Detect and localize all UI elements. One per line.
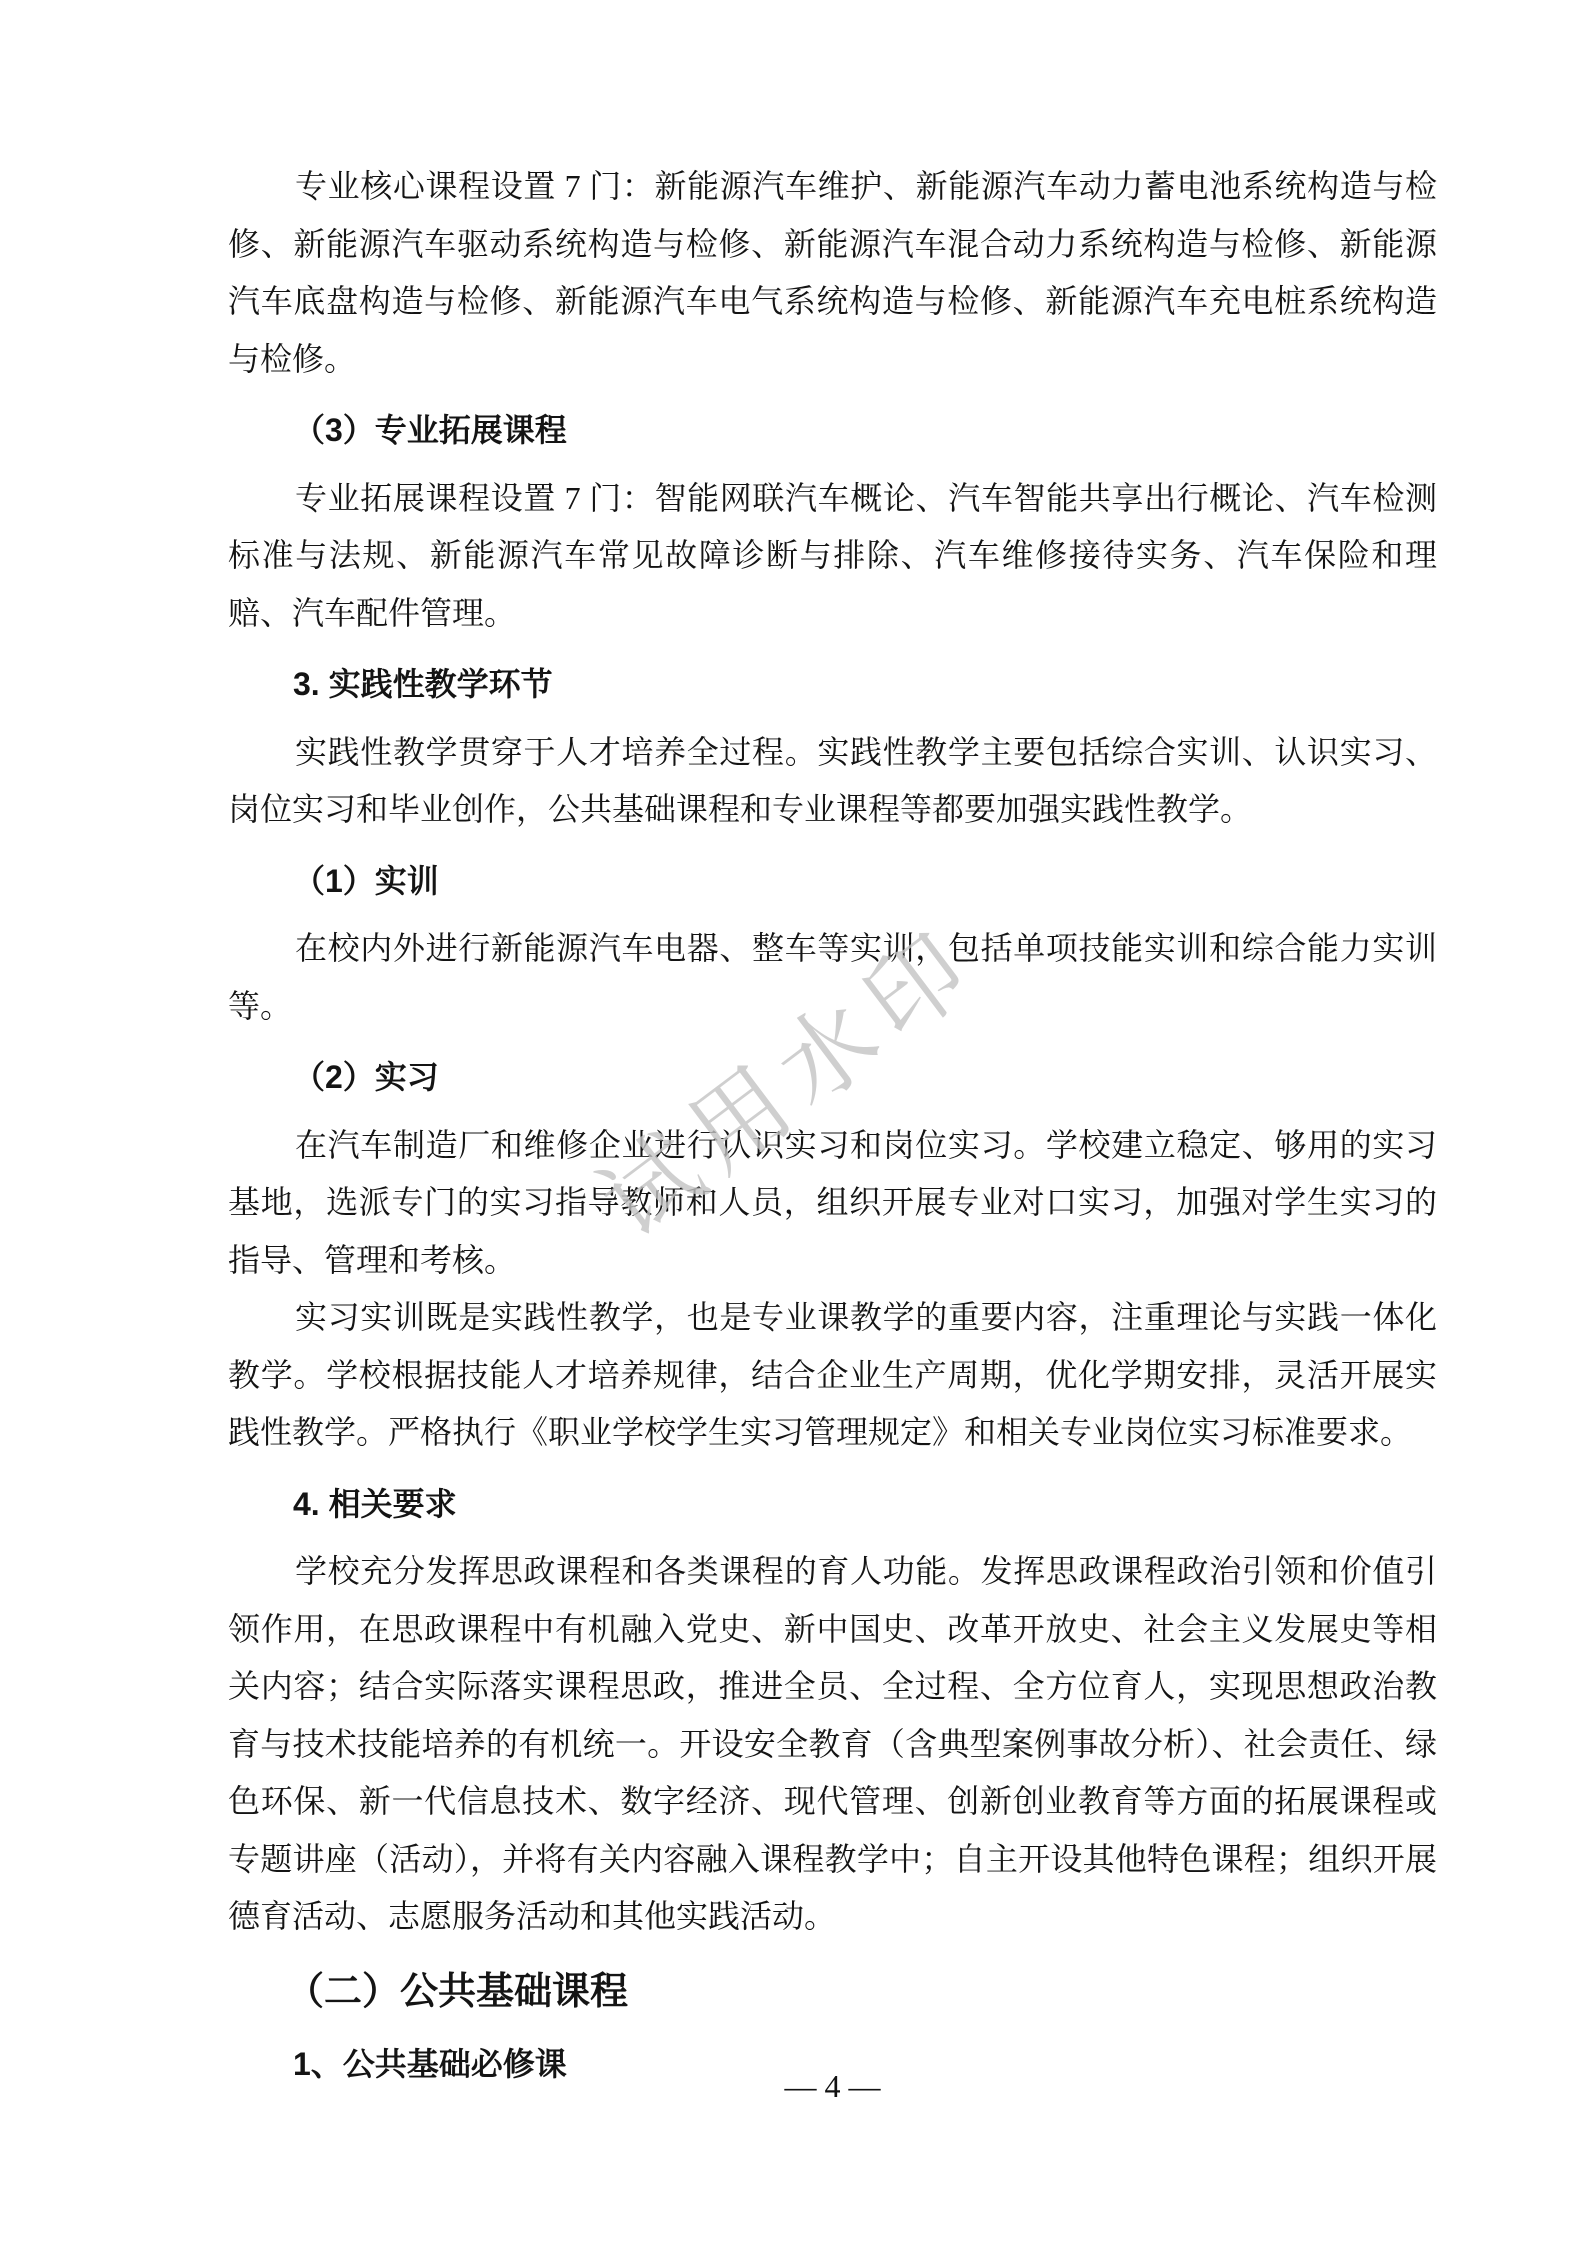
- section-heading-public-basic-courses: （二）公共基础课程: [228, 1962, 1437, 2022]
- page-number: — 4 —: [228, 2068, 1437, 2104]
- paragraph-practical-teaching: 实践性教学贯穿于人才培养全过程。实践性教学主要包括综合实训、认识实习、岗位实习和…: [228, 724, 1437, 839]
- paragraph-related-requirements: 学校充分发挥思政课程和各类课程的育人功能。发挥思政课程政治引领和价值引领作用，在…: [228, 1543, 1437, 1946]
- heading-related-requirements: 4. 相关要求: [228, 1476, 1437, 1534]
- paragraph-training: 在校内外进行新能源汽车电器、整车等实训，包括单项技能实训和综合能力实训等。: [228, 920, 1437, 1035]
- heading-training: （1）实训: [228, 853, 1437, 911]
- heading-practical-teaching: 3. 实践性教学环节: [228, 656, 1437, 714]
- document-page: 专业核心课程设置 7 门：新能源汽车维护、新能源汽车动力蓄电池系统构造与检修、新…: [0, 0, 1587, 2245]
- paragraph-internship-training: 实习实训既是实践性教学，也是专业课教学的重要内容，注重理论与实践一体化教学。学校…: [228, 1289, 1437, 1462]
- paragraph-expansion-courses: 专业拓展课程设置 7 门：智能网联汽车概论、汽车智能共享出行概论、汽车检测标准与…: [228, 470, 1437, 643]
- paragraph-core-courses: 专业核心课程设置 7 门：新能源汽车维护、新能源汽车动力蓄电池系统构造与检修、新…: [228, 158, 1437, 388]
- paragraph-internship: 在汽车制造厂和维修企业进行认识实习和岗位实习。学校建立稳定、够用的实习基地，选派…: [228, 1117, 1437, 1290]
- document-content: 专业核心课程设置 7 门：新能源汽车维护、新能源汽车动力蓄电池系统构造与检修、新…: [228, 158, 1437, 2103]
- heading-internship: （2）实习: [228, 1049, 1437, 1107]
- heading-expansion-courses: （3）专业拓展课程: [228, 402, 1437, 460]
